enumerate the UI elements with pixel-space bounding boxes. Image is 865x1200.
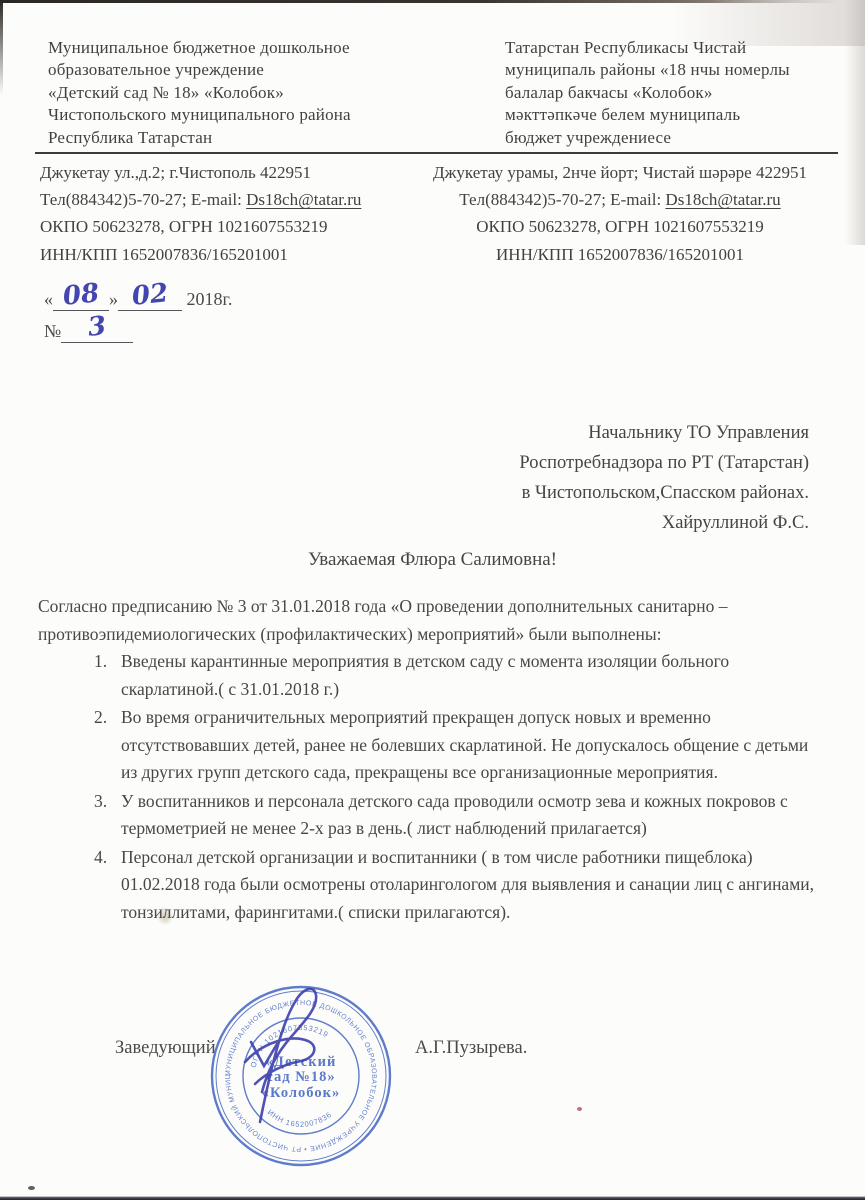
list-item-text: Персонал детской организации и воспитанн…	[121, 847, 814, 922]
signer-name: А.Г.Пузырева.	[415, 1038, 527, 1059]
salutation: Уважаемая Флюра Салимовна!	[0, 549, 865, 571]
phone-email-line: Тел(884342)5-70-27; E-mail: Ds18ch@tatar…	[40, 186, 430, 213]
year-text: 2018г.	[187, 289, 233, 309]
month-blank: 02	[118, 288, 182, 311]
inn-kpp-line: ИНН/КПП 1652007836/165201001	[398, 241, 842, 268]
svg-text:ИНН 1652007836: ИНН 1652007836	[266, 1108, 334, 1129]
letterhead-line: Татарстан Республикасы Чистай	[505, 37, 843, 59]
handwritten-day: 08	[62, 284, 100, 306]
open-quote: «	[44, 289, 53, 309]
addressee-line: в Чистопольском,Спасском районах.	[369, 478, 809, 508]
list-item-text: Введены карантинные мероприятия в детско…	[121, 651, 729, 699]
intro-paragraph: Согласно предписанию № 3 от 31.01.2018 г…	[38, 592, 818, 648]
list-item-text: У воспитанников и персонала детского сад…	[121, 791, 788, 839]
scan-edge-left	[0, 0, 3, 95]
letterhead-line: бюджет учреждениесе	[505, 127, 843, 149]
contacts-russian: Джукетау ул.,д.2; г.Чистополь 422951 Тел…	[40, 159, 430, 268]
inn-kpp-line: ИНН/КПП 1652007836/165201001	[40, 241, 430, 268]
list-item: Персонал детской организации и воспитанн…	[94, 844, 820, 927]
letterhead-divider	[35, 152, 838, 154]
number-line: №3	[44, 320, 232, 343]
email-text: Ds18ch@tatar.ru	[246, 190, 361, 209]
scan-speck-dark	[28, 1186, 35, 1190]
list-item: У воспитанников и персонала детского сад…	[94, 788, 820, 843]
stamp-center-line: сад №18»	[266, 1069, 335, 1085]
addressee-block: Начальнику ТО Управления Роспотребнадзор…	[369, 418, 809, 538]
letterhead: Муниципальное бюджетное дошкольное образ…	[48, 37, 843, 149]
letterhead-line: Республика Татарстан	[48, 127, 420, 149]
letterhead-line: балалар бакчасы «Колобок»	[505, 82, 843, 104]
stamp-inn-text: ИНН 1652007836	[266, 1108, 334, 1129]
scan-speck-red	[577, 1107, 582, 1111]
contacts-tatar: Джукетау урамы, 2нче йорт; Чистай шәрәре…	[398, 159, 842, 268]
letterhead-line: образовательное учреждение	[48, 59, 420, 81]
letterhead-line: «Детский сад № 18» «Колобок»	[48, 82, 420, 104]
phone-label: Тел(884342)5-70-27; E-mail:	[40, 190, 246, 209]
addressee-line: Хайруллиной Ф.С.	[369, 508, 809, 538]
okpo-ogrn-line: ОКПО 50623278, ОГРН 1021607553219	[40, 213, 430, 240]
address-line: Джукетау урамы, 2нче йорт; Чистай шәрәре…	[398, 159, 842, 186]
letterhead-tatar: Татарстан Республикасы Чистай муниципаль…	[505, 37, 843, 149]
stamp-center-line: «Колобок»	[262, 1085, 340, 1101]
letterhead-line: Чистопольского муниципального района	[48, 104, 420, 126]
day-blank: 08	[53, 288, 109, 311]
address-line: Джукетау ул.,д.2; г.Чистополь 422951	[40, 159, 430, 186]
letterhead-line: муниципаль районы «18 нчы номерлы	[505, 59, 843, 81]
phone-label: Тел(884342)5-70-27; E-mail:	[459, 190, 665, 209]
list-item: Введены карантинные мероприятия в детско…	[94, 648, 820, 703]
official-stamp: МУНИЦИПАЛЬНОЕ БЮДЖЕТНОЕ ДОШКОЛЬНОЕ ОБРАЗ…	[205, 980, 397, 1172]
handwritten-number: 3	[87, 317, 107, 337]
number-blank: 3	[61, 320, 133, 343]
phone-email-line: Тел(884342)5-70-27; E-mail: Ds18ch@tatar…	[398, 186, 842, 213]
handwritten-month: 02	[131, 284, 169, 306]
addressee-line: Начальнику ТО Управления	[369, 418, 809, 448]
scan-edge-bottom	[0, 1196, 865, 1200]
date-line: «08»02 2018г.	[44, 288, 232, 311]
list-item: Во время ограничительных мероприятий пре…	[94, 704, 820, 787]
measures-list: Введены карантинные мероприятия в детско…	[38, 648, 820, 927]
letterhead-line: мәкттәпкәче белем муниципаль	[505, 104, 843, 126]
close-quote: »	[109, 289, 118, 309]
scanned-letter-page: Муниципальное бюджетное дошкольное образ…	[0, 0, 865, 1200]
list-item-text: Во время ограничительных мероприятий пре…	[121, 707, 808, 782]
letterhead-line: Муниципальное бюджетное дошкольное	[48, 37, 420, 59]
scan-shadow-right	[845, 0, 865, 245]
okpo-ogrn-line: ОКПО 50623278, ОГРН 1021607553219	[398, 213, 842, 240]
date-number-block: «08»02 2018г. №3	[44, 288, 232, 343]
letterhead-russian: Муниципальное бюджетное дошкольное образ…	[48, 37, 420, 149]
signer-title: Заведующий	[115, 1038, 216, 1059]
addressee-line: Роспотребнадзора по РТ (Татарстан)	[369, 448, 809, 478]
number-sign: №	[44, 321, 61, 341]
email-text: Ds18ch@tatar.ru	[665, 190, 780, 209]
